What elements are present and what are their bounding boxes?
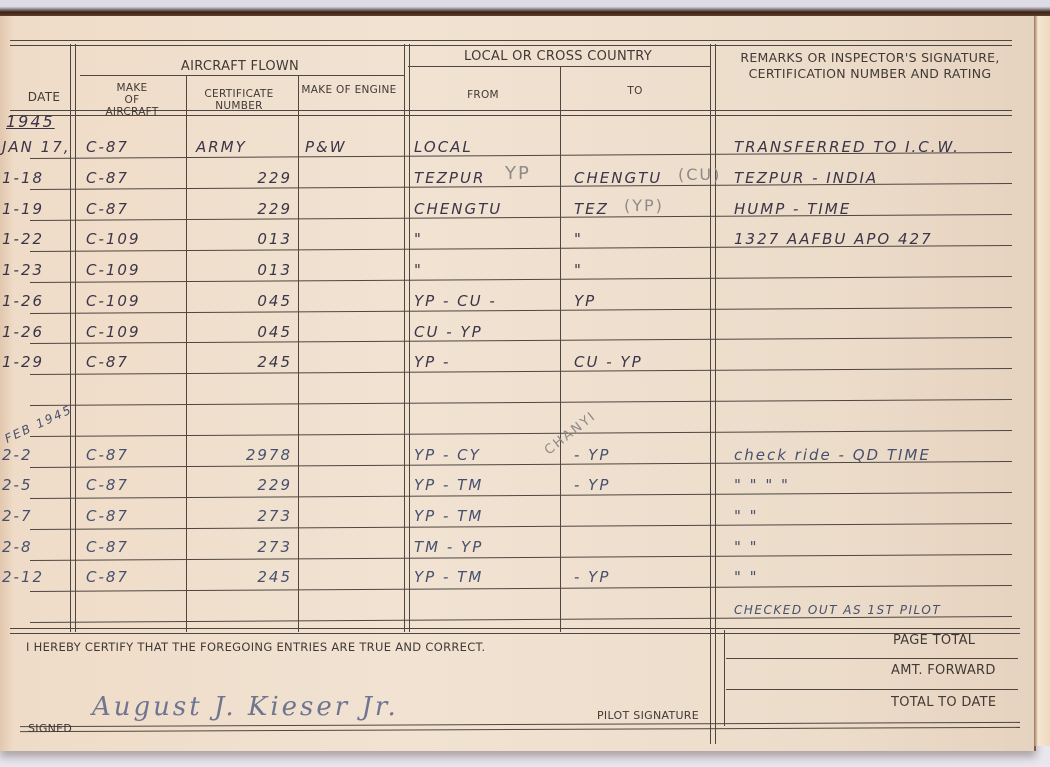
certify-statement: I HEREBY CERTIFY THAT THE FOREGOING ENTR… <box>26 640 485 654</box>
pilot-signature: August J. Kieser Jr. <box>92 692 399 722</box>
entry-date: 2-8 <box>2 538 33 556</box>
header-remarks: REMARKS OR INSPECTOR'S SIGNATURE, CERTIF… <box>735 50 1005 82</box>
entry-remarks: CHECKED OUT AS 1ST PILOT <box>734 603 941 617</box>
page-total-label: PAGE TOTAL <box>893 633 975 648</box>
entry-date: 1-26 <box>2 323 44 341</box>
header-date: DATE <box>18 90 70 104</box>
entry-aircraft: C-87 <box>86 169 129 187</box>
column-rule <box>560 66 561 632</box>
column-rule <box>404 44 410 632</box>
entry-date: 1-18 <box>2 169 44 187</box>
footer-double-rule <box>10 628 1020 634</box>
entry-aircraft: C-87 <box>86 446 129 464</box>
entry-date: 1-29 <box>2 353 44 371</box>
entry-aircraft: C-87 <box>86 507 129 525</box>
entry-aircraft: C-109 <box>86 323 141 341</box>
entry-certificate: 229 <box>200 476 292 494</box>
entry-from: " <box>414 261 423 279</box>
entry-certificate: 229 <box>200 169 292 187</box>
entry-certificate: 273 <box>200 538 292 556</box>
entry-remarks: " " <box>734 538 759 556</box>
header-local-or-cross-country: LOCAL OR CROSS COUNTRY <box>408 50 708 64</box>
subheader-rule <box>408 66 710 67</box>
entry-from: TM - YP <box>414 538 483 556</box>
to-pencil-note: (YP) <box>624 196 664 215</box>
entry-from: " <box>414 230 423 248</box>
entry-remarks: " " <box>734 568 759 586</box>
entry-certificate: 229 <box>200 200 292 218</box>
entry-remarks: TEZPUR - INDIA <box>734 169 878 187</box>
column-rule <box>186 76 187 632</box>
entry-from: YP - CU - <box>414 292 497 310</box>
entry-from: YP - CY <box>414 446 481 464</box>
entry-certificate: 245 <box>200 568 292 586</box>
date-column-rule <box>70 44 76 632</box>
entry-engine: P&W <box>305 138 347 156</box>
year-note: 1945 <box>6 112 55 131</box>
entry-from: CU - YP <box>414 323 483 341</box>
entry-certificate: 245 <box>200 353 292 371</box>
entry-from: CHENGTU <box>414 200 502 218</box>
entry-certificate: 045 <box>200 323 292 341</box>
entry-remarks: HUMP - TIME <box>734 200 851 218</box>
total-to-date-label: TOTAL TO DATE <box>891 695 996 710</box>
entry-from: YP - TM <box>414 507 483 525</box>
header-from: FROM <box>408 89 558 101</box>
entry-from: YP - TM <box>414 568 483 586</box>
signed-label: SIGNED <box>28 722 72 735</box>
entry-from: LOCAL <box>414 138 473 156</box>
entry-remarks: " " <box>734 507 759 525</box>
entry-date: 1-19 <box>2 200 44 218</box>
header-make-of-engine: MAKE OF ENGINE <box>298 84 400 96</box>
entry-certificate: ARMY <box>196 138 288 156</box>
entry-date: 1-26 <box>2 292 44 310</box>
entry-from: YP - TM <box>414 476 483 494</box>
entry-date: 2-5 <box>2 476 33 494</box>
entry-aircraft: C-109 <box>86 230 141 248</box>
entry-date: 1-22 <box>2 230 44 248</box>
entry-certificate: 013 <box>200 230 292 248</box>
totals-column-rule <box>724 630 725 726</box>
entry-certificate: 013 <box>200 261 292 279</box>
subheader-rule <box>80 75 404 76</box>
entry-aircraft: C-87 <box>86 353 129 371</box>
amt-forward-label: AMT. FORWARD <box>891 663 996 678</box>
header-to: TO <box>560 85 710 97</box>
pilot-signature-label: PILOT SIGNATURE <box>597 709 699 722</box>
entry-aircraft: C-87 <box>86 538 129 556</box>
from-pencil-note: YP <box>505 163 531 184</box>
entry-to: YP <box>574 292 596 310</box>
header-aircraft-flown: AIRCRAFT FLOWN <box>80 60 400 74</box>
entry-certificate: 273 <box>200 507 292 525</box>
adjacent-page-edge <box>1034 16 1050 746</box>
entry-to: - YP <box>574 446 610 464</box>
entry-to: - YP <box>574 568 610 586</box>
entry-to: - YP <box>574 476 610 494</box>
entry-to: CHENGTU <box>574 169 662 187</box>
to-pencil-note: (CU) <box>678 165 721 184</box>
entry-remarks: 1327 AAFBU APO 427 <box>734 230 933 248</box>
entry-aircraft: C-87 <box>86 200 129 218</box>
entry-to: " <box>574 230 583 248</box>
entry-remarks: " " " " <box>734 476 790 494</box>
top-double-rule <box>10 40 1012 46</box>
entry-date: 2-7 <box>2 507 33 525</box>
entry-remarks: check ride - QD TIME <box>734 446 931 464</box>
entry-from: TEZPUR <box>414 169 485 187</box>
header-make-of-aircraft: MAKE OF AIRCRAFT <box>82 82 182 118</box>
entry-to: CU - YP <box>574 353 643 371</box>
entry-aircraft: C-87 <box>86 476 129 494</box>
entry-date: 2-12 <box>2 568 44 586</box>
remarks-column-rule <box>710 44 716 744</box>
entry-to: " <box>574 261 583 279</box>
entry-certificate: 2978 <box>200 446 292 464</box>
entry-date: 2-2 <box>2 446 33 464</box>
entry-remarks: TRANSFERRED TO I.C.W. <box>734 138 960 156</box>
entry-to: TEZ <box>574 200 609 218</box>
header-certificate-number: CERTIFICATE NUMBER <box>185 88 293 112</box>
entry-aircraft: C-87 <box>86 568 129 586</box>
totals-rule <box>726 689 1018 690</box>
entry-aircraft: C-87 <box>86 138 129 156</box>
entry-certificate: 045 <box>200 292 292 310</box>
entry-date: 1-23 <box>2 261 44 279</box>
entry-from: YP - <box>414 353 450 371</box>
entry-aircraft: C-109 <box>86 292 141 310</box>
totals-rule <box>726 658 1018 659</box>
column-rule <box>298 76 299 632</box>
entry-aircraft: C-109 <box>86 261 141 279</box>
entry-date: JAN 17, <box>2 138 71 156</box>
